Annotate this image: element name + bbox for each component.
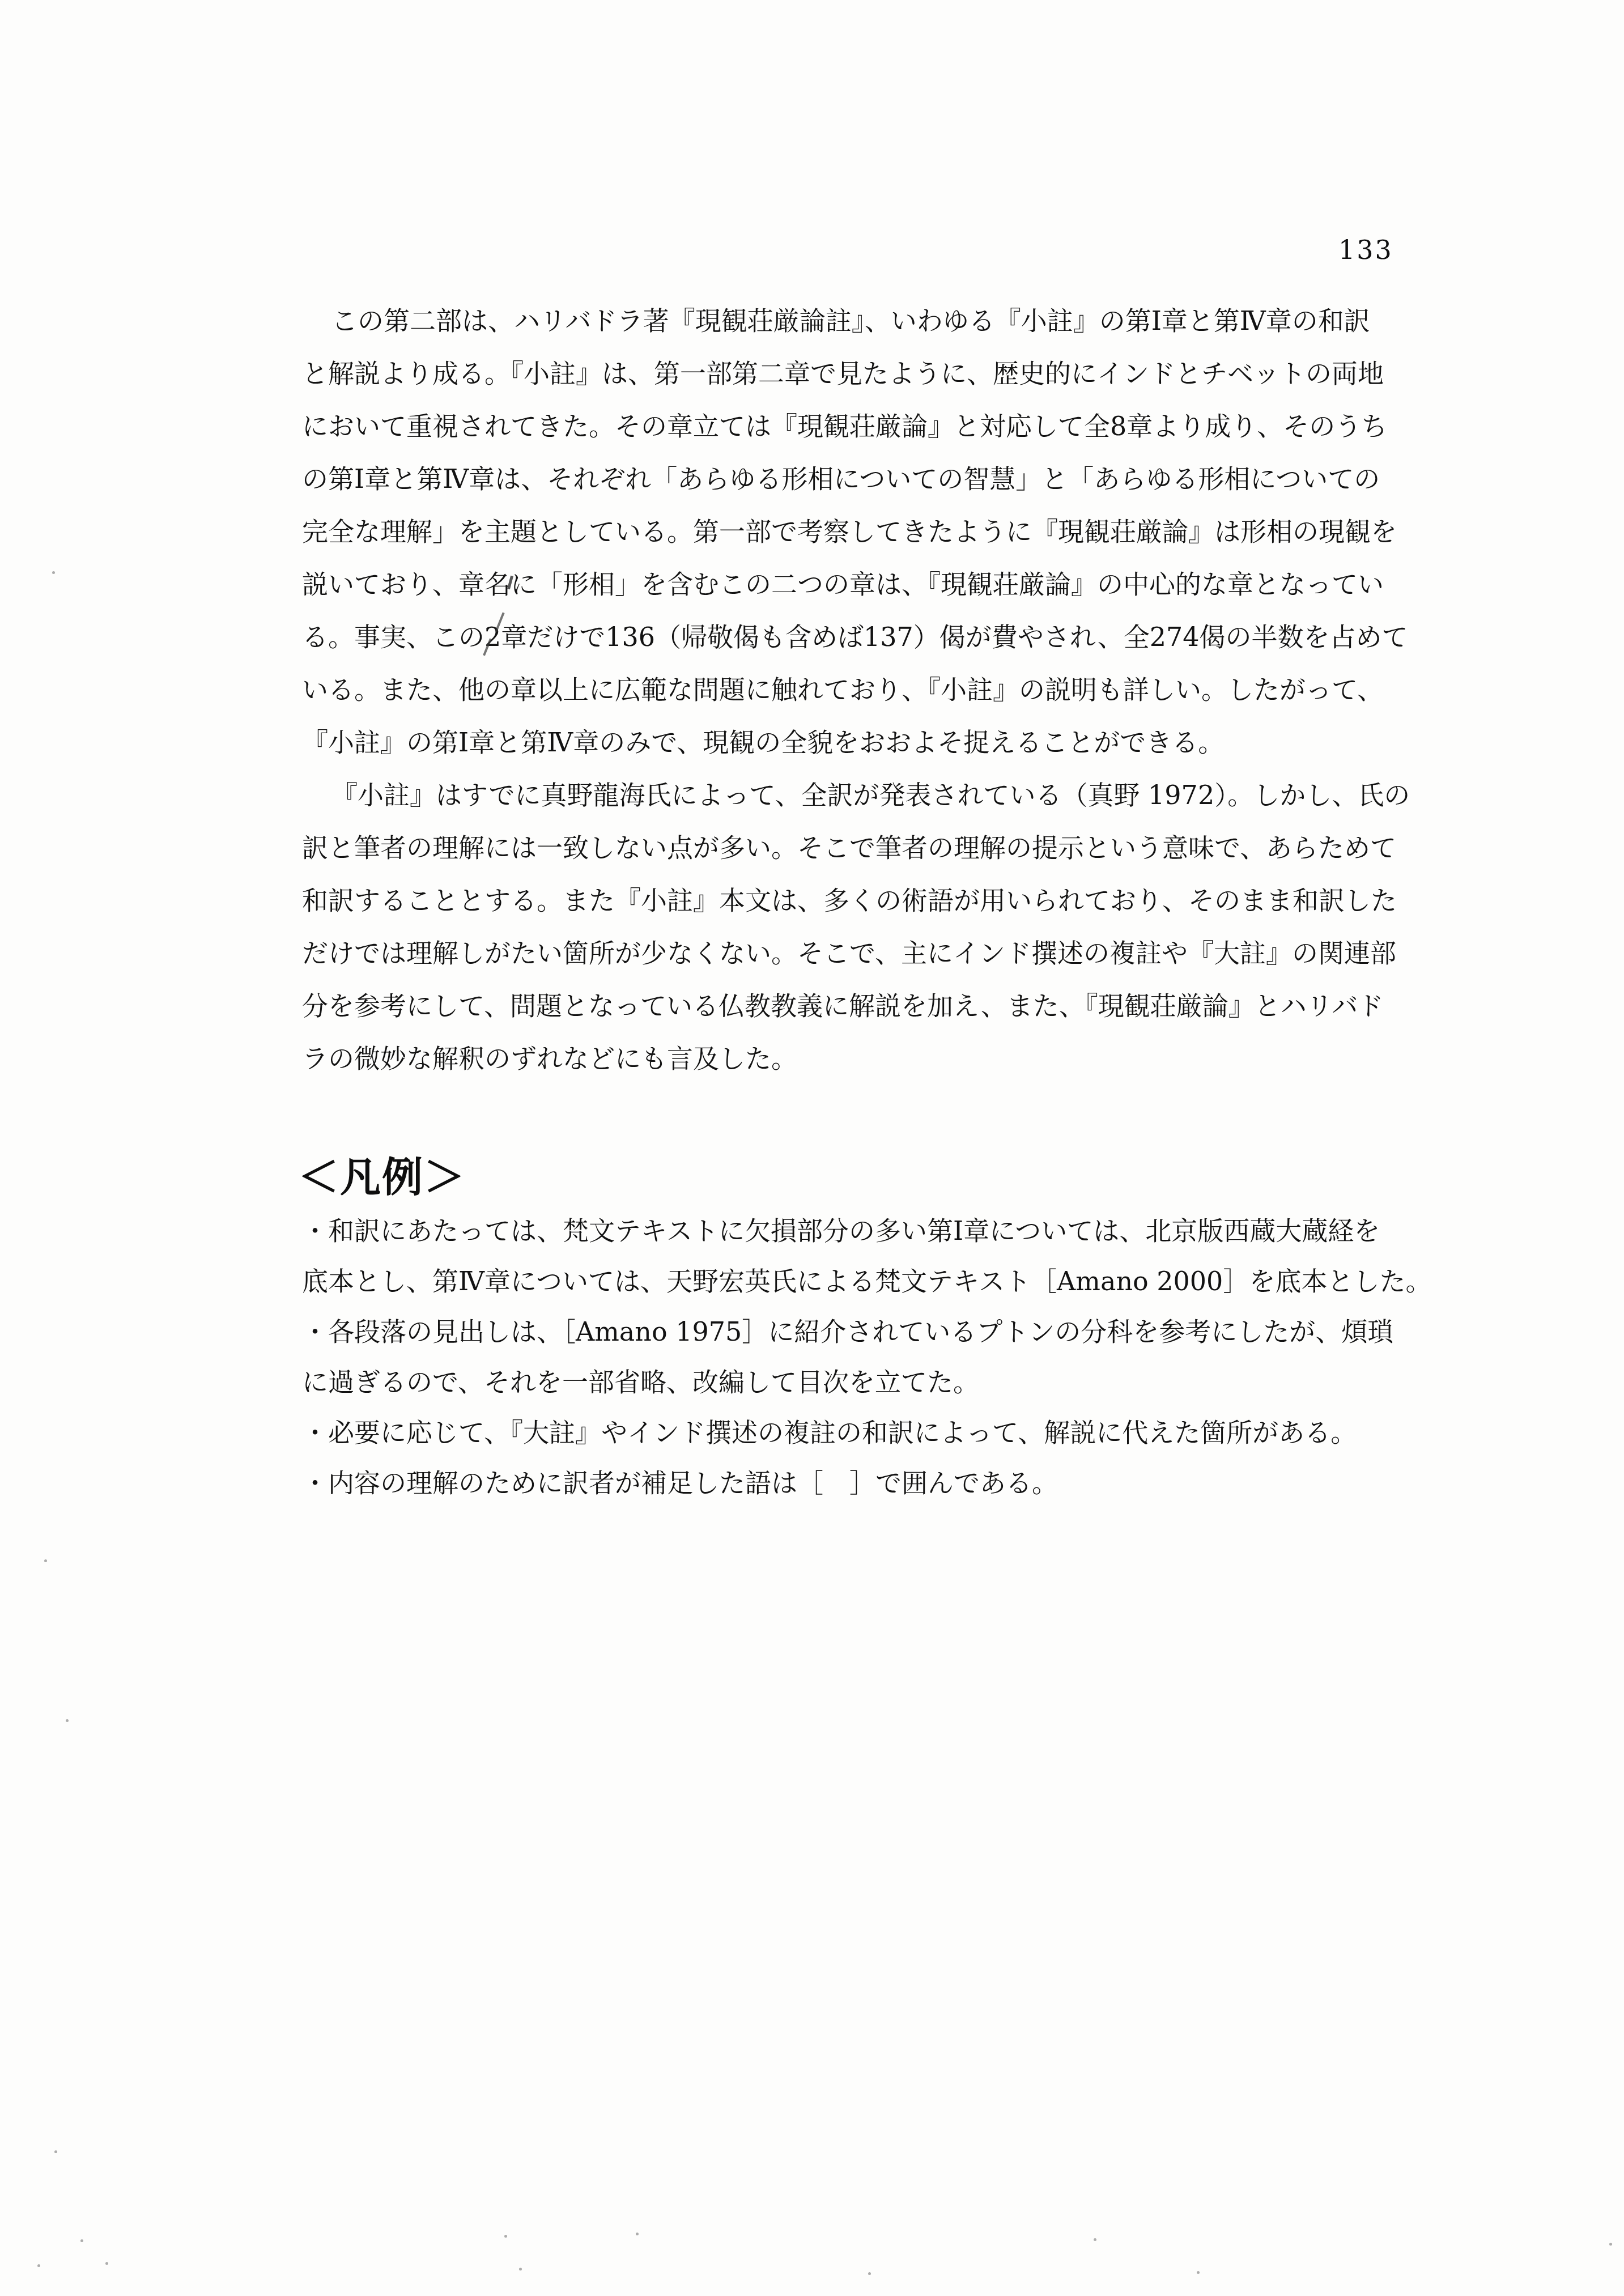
body-line: 完全な理解」を主題としている。第一部で考察してきたように『現観荘厳論』は形相の現…: [302, 505, 1430, 558]
scan-speck: [66, 1719, 69, 1722]
scan-speck: [52, 571, 55, 574]
scan-speck: [504, 2235, 507, 2238]
scan-speck: [519, 2268, 522, 2271]
body-line: 説いており、章名に「形相」を含むこの二つの章は、『現観荘厳論』の中心的な章となっ…: [302, 558, 1430, 611]
body-text: この第二部は、ハリバドラ著『現観荘厳論註』、いわゆる『小註』の第Ⅰ章と第Ⅳ章の和…: [302, 295, 1430, 1085]
body-line: 分を参考にして、問題となっている仏教教義に解説を加え、また、『現観荘厳論』とハリ…: [302, 980, 1430, 1032]
body-line: の第Ⅰ章と第Ⅳ章は、それぞれ「あらゆる形相についての智慧」と「あらゆる形相につい…: [302, 453, 1430, 505]
scan-speck: [1094, 2238, 1096, 2241]
legend-line: 底本とし、第Ⅳ章については、天野宏英氏による梵文テキスト［Amano 2000］…: [302, 1256, 1430, 1307]
scan-speck: [868, 2272, 871, 2275]
scan-speck: [1197, 2271, 1200, 2274]
body-line: において重視されてきた。その章立ては『現観荘厳論』と対応して全8章より成り、その…: [302, 400, 1430, 453]
legend-line: ・各段落の見出しは、［Amano 1975］に紹介されているプトンの分科を参考に…: [302, 1307, 1430, 1357]
scan-speck: [636, 2233, 639, 2235]
body-line: ラの微妙な解釈のずれなどにも言及した。: [302, 1032, 1430, 1085]
body-line: 『小註』の第Ⅰ章と第Ⅳ章のみで、現観の全貌をおおよそ捉えることができる。: [302, 716, 1430, 769]
scanned-page: 133 この第二部は、ハリバドラ著『現観荘厳論註』、いわゆる『小註』の第Ⅰ章と第…: [0, 0, 1624, 2296]
body-line: 和訳することとする。また『小註』本文は、多くの術語が用いられており、そのまま和訳…: [302, 874, 1430, 927]
legend-heading: ＜凡例＞: [298, 1151, 466, 1202]
scan-speck: [37, 2264, 40, 2267]
scan-speck: [1609, 2243, 1612, 2246]
body-line: 『小註』はすでに真野龍海氏によって、全訳が発表されている（真野 1972）。しか…: [302, 769, 1430, 822]
legend-line: ・内容の理解のために訳者が補足した語は［ ］で囲んである。: [302, 1458, 1430, 1508]
scan-speck: [44, 1559, 47, 1562]
legend-line: に過ぎるので、それを一部省略、改編して目次を立てた。: [302, 1357, 1430, 1408]
body-line: と解説より成る。『小註』は、第一部第二章で見たように、歴史的にインドとチベットの…: [302, 347, 1430, 400]
scan-speck: [80, 2239, 83, 2242]
scan-speck: [105, 2262, 108, 2265]
legend-line: ・必要に応じて、『大註』やインド撰述の複註の和訳によって、解説に代えた箇所がある…: [302, 1408, 1430, 1458]
legend-line: ・和訳にあたっては、梵文テキストに欠損部分の多い第Ⅰ章については、北京版西蔵大蔵…: [302, 1206, 1430, 1256]
body-line: だけでは理解しがたい箇所が少なくない。そこで、主にインド撰述の複註や『大註』の関…: [302, 927, 1430, 980]
page-number: 133: [1338, 236, 1393, 264]
body-line: 訳と筆者の理解には一致しない点が多い。そこで筆者の理解の提示という意味で、あらた…: [302, 822, 1430, 874]
legend-list: ・和訳にあたっては、梵文テキストに欠損部分の多い第Ⅰ章については、北京版西蔵大蔵…: [302, 1206, 1430, 1508]
body-line: この第二部は、ハリバドラ著『現観荘厳論註』、いわゆる『小註』の第Ⅰ章と第Ⅳ章の和…: [302, 295, 1430, 347]
body-line: いる。また、他の章以上に広範な問題に触れており、『小註』の説明も詳しい。したがっ…: [302, 664, 1430, 716]
body-line: る。事実、この2章だけで136（帰敬偈も含めば137）偈が費やされ、全274偈の…: [302, 611, 1430, 664]
scan-speck: [54, 2150, 57, 2153]
